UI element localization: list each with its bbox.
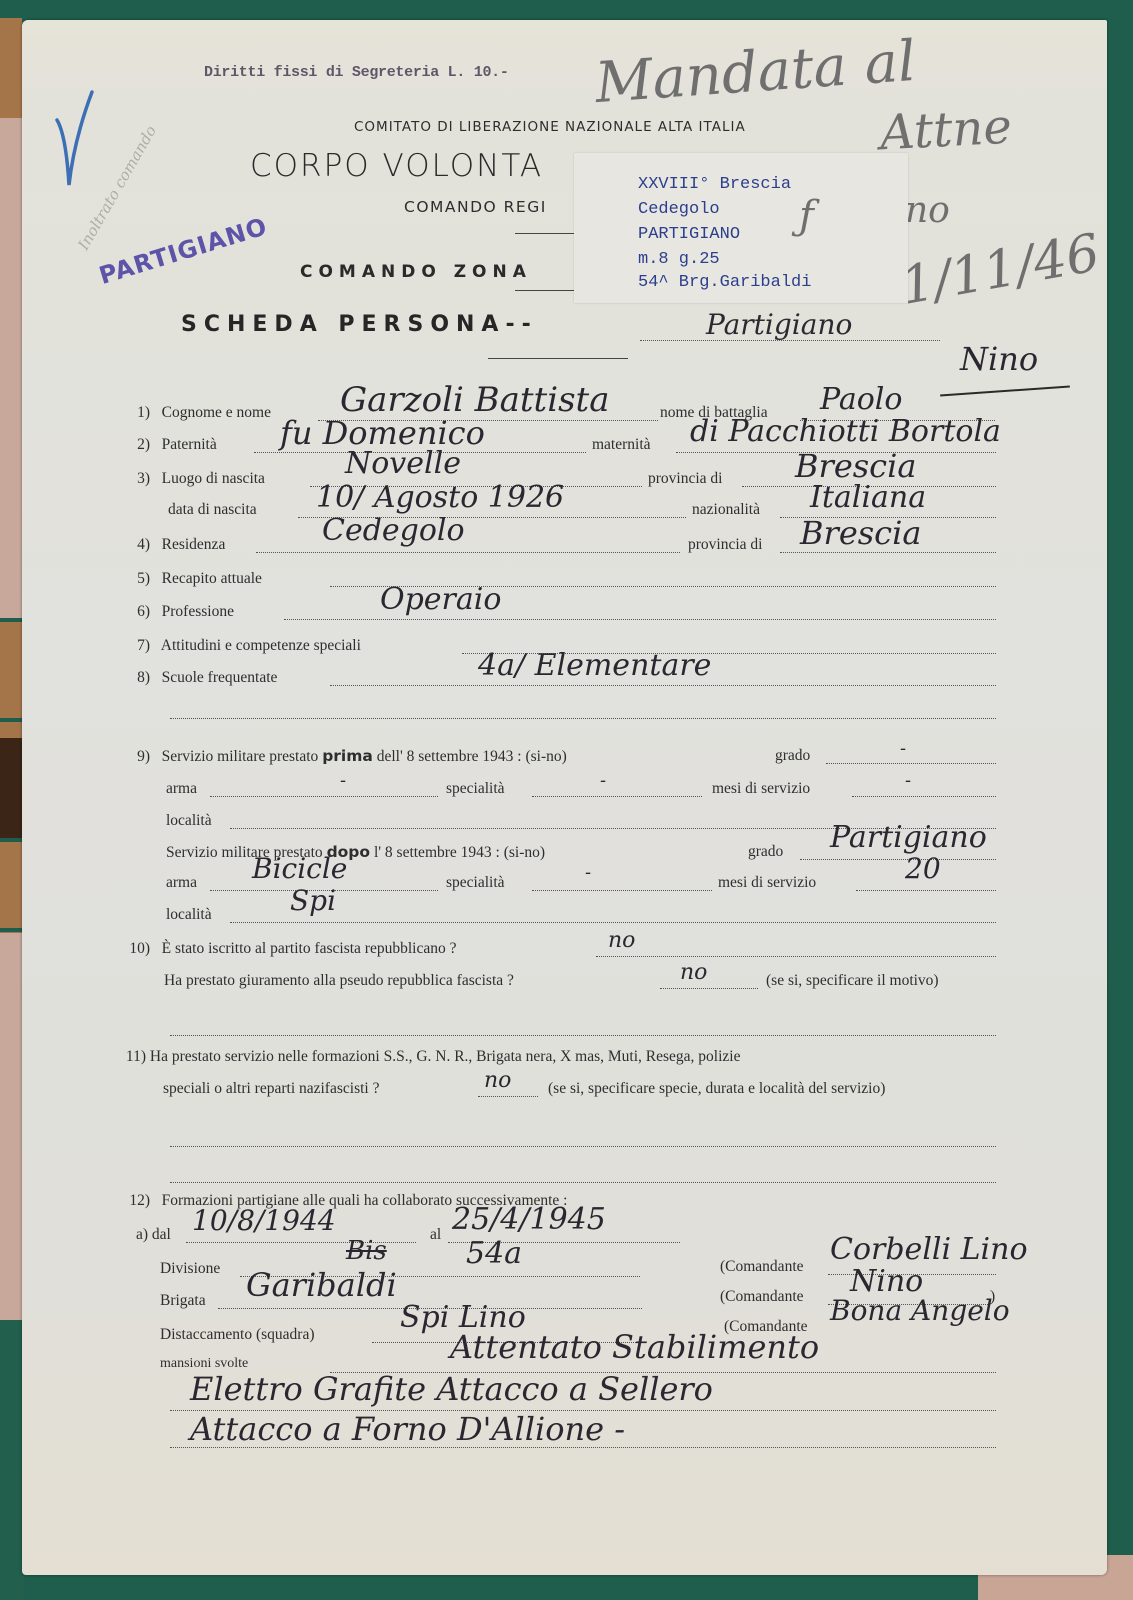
label-initial: ƒ	[799, 193, 814, 239]
header-regional-command: COMANDO REGI	[404, 198, 547, 216]
mansioni-line-1: Attentato Stabilimento	[450, 1328, 819, 1366]
comandante-1-label: (Comandante	[720, 1258, 804, 1276]
field-10-row-2: Ha prestato giuramento alla pseudo repub…	[164, 972, 514, 990]
comandante-3-value: Bona Angelo	[830, 1294, 1010, 1327]
dopo-arma-value: Bicicle	[252, 852, 347, 885]
field-9-dopo-row: Servizio militare prestato dopo l' 8 set…	[166, 843, 545, 862]
dopo-mesi-label: mesi di servizio	[718, 874, 816, 892]
dopo-arma-label: arma	[166, 874, 197, 892]
field-line	[284, 619, 996, 620]
label-line-town: Cedegolo	[638, 200, 720, 219]
nationality-label: nazionalità	[692, 501, 760, 519]
residence-province-value: Brescia	[800, 514, 921, 552]
field-line	[210, 796, 438, 797]
al-date-value: 25/4/1945	[452, 1202, 606, 1237]
label-line-duration: m.8 g.25	[638, 250, 720, 269]
al-label: al	[430, 1226, 441, 1244]
header-corps: CORPO VOLONTA	[250, 148, 543, 184]
grado-value: -	[900, 738, 906, 759]
field-11-note: (se si, specificare specie, durata e loc…	[548, 1080, 885, 1098]
mesi-value: -	[905, 770, 911, 791]
pencil-note-no: no	[905, 190, 950, 231]
dopo-grado-label: grado	[748, 843, 783, 861]
birthdate-label: data di nascita	[168, 501, 257, 519]
divisione-struck-value: Bis	[346, 1236, 387, 1266]
field-label: Cognome e nome	[162, 404, 271, 421]
field-11-row-2: speciali o altri reparti nazifascisti ?	[163, 1080, 379, 1098]
brigata-value: Garibaldi	[246, 1266, 397, 1304]
field-9-prima-row: 9) Servizio militare prestato prima dell…	[130, 747, 567, 766]
field-11-row-1: 11) Ha prestato servizio nelle formazion…	[118, 1048, 740, 1066]
typed-label-slip: XXVIII° Brescia Cedegolo PARTIGIANO m.8 …	[574, 153, 908, 303]
divider	[515, 290, 575, 291]
field-line	[852, 796, 996, 797]
field-line	[170, 1035, 996, 1036]
field-5-label-row: 5) Recapito attuale	[130, 570, 262, 588]
field-2-label-row: 2) Paternità	[130, 436, 217, 454]
header-committee: COMITATO DI LIBERAZIONE NAZIONALE ALTA I…	[354, 119, 746, 135]
field-line	[256, 552, 680, 553]
divider	[515, 233, 575, 234]
dopo-mesi-value: 20	[905, 852, 941, 885]
field-7-label-row: 7) Attitudini e competenze speciali	[130, 637, 361, 655]
residence-province-label: provincia di	[688, 536, 762, 554]
field-line	[596, 956, 996, 957]
field-line	[826, 763, 996, 764]
fee-stamp: Diritti fissi di Segreteria L. 10.-	[204, 64, 509, 81]
title-handwritten: Partigiano	[706, 308, 852, 341]
field-line	[170, 1146, 996, 1147]
maternity-value: di Pacchiotti Bortola	[690, 414, 1001, 449]
comandante-1-value: Corbelli Lino	[830, 1232, 1028, 1267]
mansioni-line-2: Elettro Grafite Attacco a Sellero	[190, 1370, 713, 1408]
dopo-localita-value: Spi	[290, 884, 336, 917]
dopo-specialita-label: specialità	[446, 874, 505, 892]
residence-value: Cedegolo	[322, 513, 465, 548]
pencil-note-attne: Attne	[879, 99, 1013, 162]
form-title: SCHEDA PERSONA--	[181, 312, 538, 337]
divisione-label: Divisione	[160, 1260, 220, 1278]
specialita-value: -	[600, 770, 606, 791]
field-10-note: (se si, specificare il motivo)	[766, 972, 939, 990]
field-line	[856, 890, 996, 891]
field-line	[330, 685, 996, 686]
field-line	[532, 796, 702, 797]
arma-value: -	[340, 770, 346, 791]
province-label: provincia di	[648, 470, 722, 488]
field-line	[170, 1182, 996, 1183]
field-1-label-row: 1) Cognome e nome	[130, 404, 271, 422]
header-zone-command: COMANDO ZONA	[300, 262, 532, 282]
field-6-label-row: 6) Professione	[130, 603, 234, 621]
background-table	[0, 1320, 24, 1600]
field-line	[170, 718, 996, 719]
field-line	[532, 890, 712, 891]
nino-note: Nino	[960, 340, 1038, 378]
arma-label: arma	[166, 780, 197, 798]
comandante-2-label: (Comandante	[720, 1288, 804, 1306]
nazifascist-answer: no	[484, 1068, 511, 1093]
field-line	[780, 552, 996, 553]
field-10-row-1: 10) È stato iscritto al partito fascista…	[122, 940, 456, 958]
mansioni-line-3: Attacco a Forno D'Allione -	[190, 1410, 625, 1448]
specialita-label: specialità	[446, 780, 505, 798]
schooling-value: 4a/ Elementare	[478, 648, 711, 683]
field-line	[230, 922, 996, 923]
field-3-label-row: 3) Luogo di nascita	[130, 470, 265, 488]
fascist-party-answer: no	[608, 928, 635, 953]
label-line-division: XXVIII° Brescia	[638, 175, 791, 194]
oath-answer: no	[680, 960, 707, 985]
divider	[488, 358, 628, 359]
field-line	[478, 1096, 538, 1097]
maternity-label: maternità	[592, 436, 651, 454]
birthplace-value: Novelle	[345, 446, 461, 481]
brigata-label: Brigata	[160, 1292, 206, 1310]
field-8-label-row: 8) Scuole frequentate	[130, 669, 277, 687]
check-mark-icon	[52, 90, 102, 195]
label-line-brigade: 54^ Brg.Garibaldi	[638, 273, 811, 292]
nationality-value: Italiana	[810, 480, 926, 515]
prima-emphasis: prima	[322, 747, 373, 765]
dal-label: a) dal	[136, 1226, 171, 1244]
localita-label: località	[166, 812, 212, 830]
field-4-label-row: 4) Residenza	[130, 536, 225, 554]
field-line	[800, 859, 996, 860]
distaccamento-label: Distaccamento (squadra)	[160, 1326, 315, 1344]
birthdate-value: 10/ Agosto 1926	[316, 480, 564, 515]
divisione-value: 54a	[466, 1236, 522, 1271]
binder-spine	[0, 18, 22, 1318]
dopo-specialita-value: -	[585, 862, 591, 883]
profession-value: Operaio	[380, 582, 501, 617]
dopo-grado-value: Partigiano	[830, 820, 987, 855]
field-line	[660, 988, 758, 989]
grado-label: grado	[775, 747, 810, 765]
dopo-localita-label: località	[166, 906, 212, 924]
label-line-role: PARTIGIANO	[638, 225, 740, 244]
dal-date-value: 10/8/1944	[192, 1204, 336, 1237]
mesi-label: mesi di servizio	[712, 780, 810, 798]
battle-name-value: Paolo	[820, 382, 902, 417]
